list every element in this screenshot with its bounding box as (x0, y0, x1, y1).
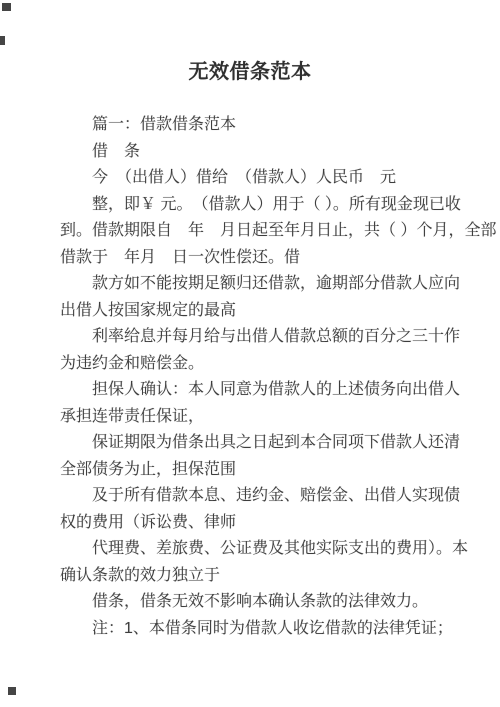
text-line: 及于所有借款本息、违约金、赔偿金、出借人实现债 (60, 483, 444, 510)
text-line: 全部债务为止，担保范围 (60, 457, 444, 484)
document-title: 无效借条范本 (0, 59, 500, 86)
text-line: 为违约金和赔偿金。 (60, 351, 444, 378)
scan-artifact-top-left (2, 3, 11, 11)
text-line: 今 （出借人）借给 （借款人）人民币 元 (60, 165, 444, 192)
text-line: 权的费用（诉讼费、律师 (60, 510, 444, 537)
scan-artifact-left-edge (0, 36, 5, 45)
text-line: 利率给息并每月给与出借人借款总额的百分之三十作 (60, 324, 444, 351)
document-body: 篇一：借款借条范本借 条今 （出借人）借给 （借款人）人民币 元整，即￥ 元。 … (60, 112, 444, 642)
text-line: 款方如不能按期足额归还借款，逾期部分借款人应向 (60, 271, 444, 298)
text-line: 承担连带责任保证， (60, 404, 444, 431)
text-line: 出借人按国家规定的最高 (60, 298, 444, 325)
text-line: 借条，借条无效不影响本确认条款的法律效力。 (60, 589, 444, 616)
text-line: 篇一：借款借条范本 (60, 112, 444, 139)
text-line: 确认条款的效力独立于 (60, 563, 444, 590)
text-line: 保证期限为借条出具之日起到本合同项下借款人还清 (60, 430, 444, 457)
text-line: 整，即￥ 元。 （借款人）用于（ ）。所有现金现已收 (60, 192, 444, 219)
text-line: 注：1、本借条同时为借款人收讫借款的法律凭证； (60, 616, 444, 643)
document-page: 无效借条范本 篇一：借款借条范本借 条今 （出借人）借给 （借款人）人民币 元整… (0, 0, 500, 707)
text-line: 借款于 年月 日一次性偿还。借 (60, 245, 444, 272)
text-line: 借 条 (60, 139, 444, 166)
scan-artifact-bottom-left (8, 687, 16, 695)
text-line: 到。借款期限自 年 月日起至年月日止，共（ ）个月，全部 (60, 218, 444, 245)
text-line: 代理费、差旅费、公证费及其他实际支出的费用）。本 (60, 536, 444, 563)
text-line: 担保人确认：本人同意为借款人的上述债务向出借人 (60, 377, 444, 404)
